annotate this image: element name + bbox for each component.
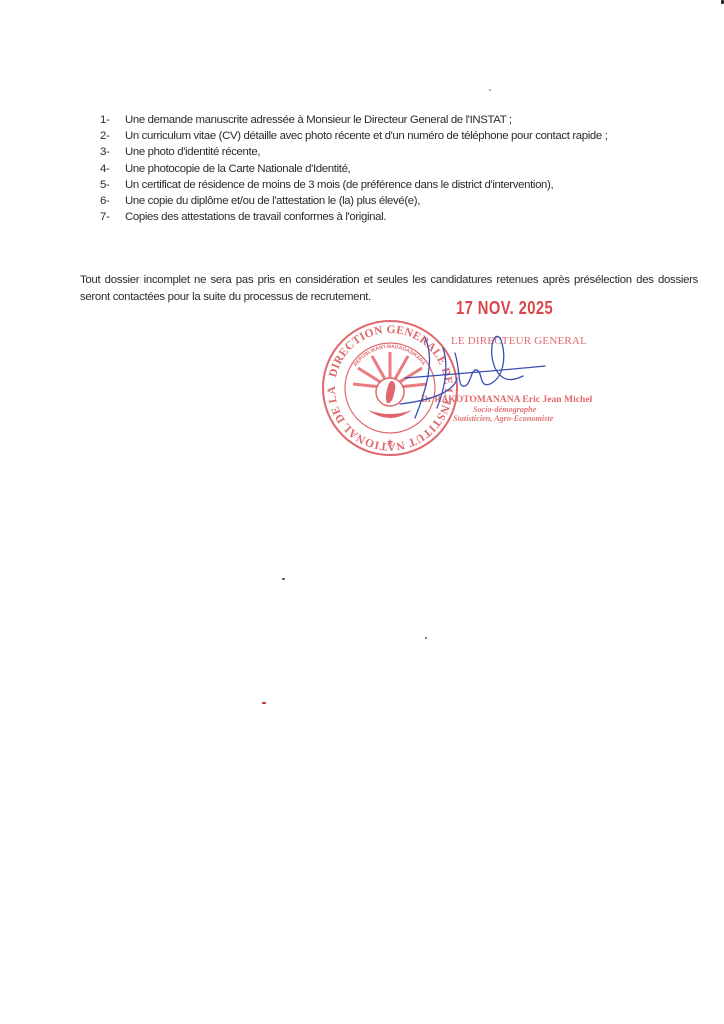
item-number: 1- <box>100 112 109 128</box>
requirement-item: 7-Copies des attestations de travail con… <box>100 209 660 225</box>
item-number: 4- <box>100 161 109 177</box>
item-text: Un certificat de résidence de moins de 3… <box>125 179 553 191</box>
scan-speck <box>282 578 285 580</box>
scan-speck <box>425 637 427 639</box>
requirements-list: 1-Une demande manuscrite adressée à Mons… <box>100 112 660 225</box>
item-text: Un curriculum vitae (CV) détaille avec p… <box>125 130 608 142</box>
requirement-item: 4-Une photocopie de la Carte Nationale d… <box>100 161 660 177</box>
handwritten-signature-icon <box>395 318 565 428</box>
requirement-item: 5-Un certificat de résidence de moins de… <box>100 177 660 193</box>
item-text: Copies des attestations de travail confo… <box>125 211 386 223</box>
item-number: 5- <box>100 177 109 193</box>
scan-speck <box>262 702 266 704</box>
item-number: 7- <box>100 209 109 225</box>
item-text: Une demande manuscrite adressée à Monsie… <box>125 114 512 126</box>
requirement-item: 3-Une photo d'identité récente, <box>100 144 660 160</box>
item-text: Une photo d'identité récente, <box>125 146 260 158</box>
document-page: 1-Une demande manuscrite adressée à Mons… <box>0 0 724 1024</box>
date-stamp: 17 NOV. 2025 <box>456 298 553 319</box>
seal-star: ★ <box>386 437 394 447</box>
item-text: Une photocopie de la Carte Nationale d'I… <box>125 163 350 175</box>
item-number: 2- <box>100 128 109 144</box>
incomplete-file-notice: Tout dossier incomplet ne sera pas pris … <box>80 272 698 306</box>
requirement-item: 1-Une demande manuscrite adressée à Mons… <box>100 112 660 128</box>
requirement-item: 2-Un curriculum vitae (CV) détaille avec… <box>100 128 660 144</box>
requirement-item: 6-Une copie du diplôme et/ou de l'attest… <box>100 193 660 209</box>
item-number: 6- <box>100 193 109 209</box>
scan-speck <box>489 89 491 91</box>
item-text: Une copie du diplôme et/ou de l'attestat… <box>125 195 420 207</box>
item-number: 3- <box>100 144 109 160</box>
